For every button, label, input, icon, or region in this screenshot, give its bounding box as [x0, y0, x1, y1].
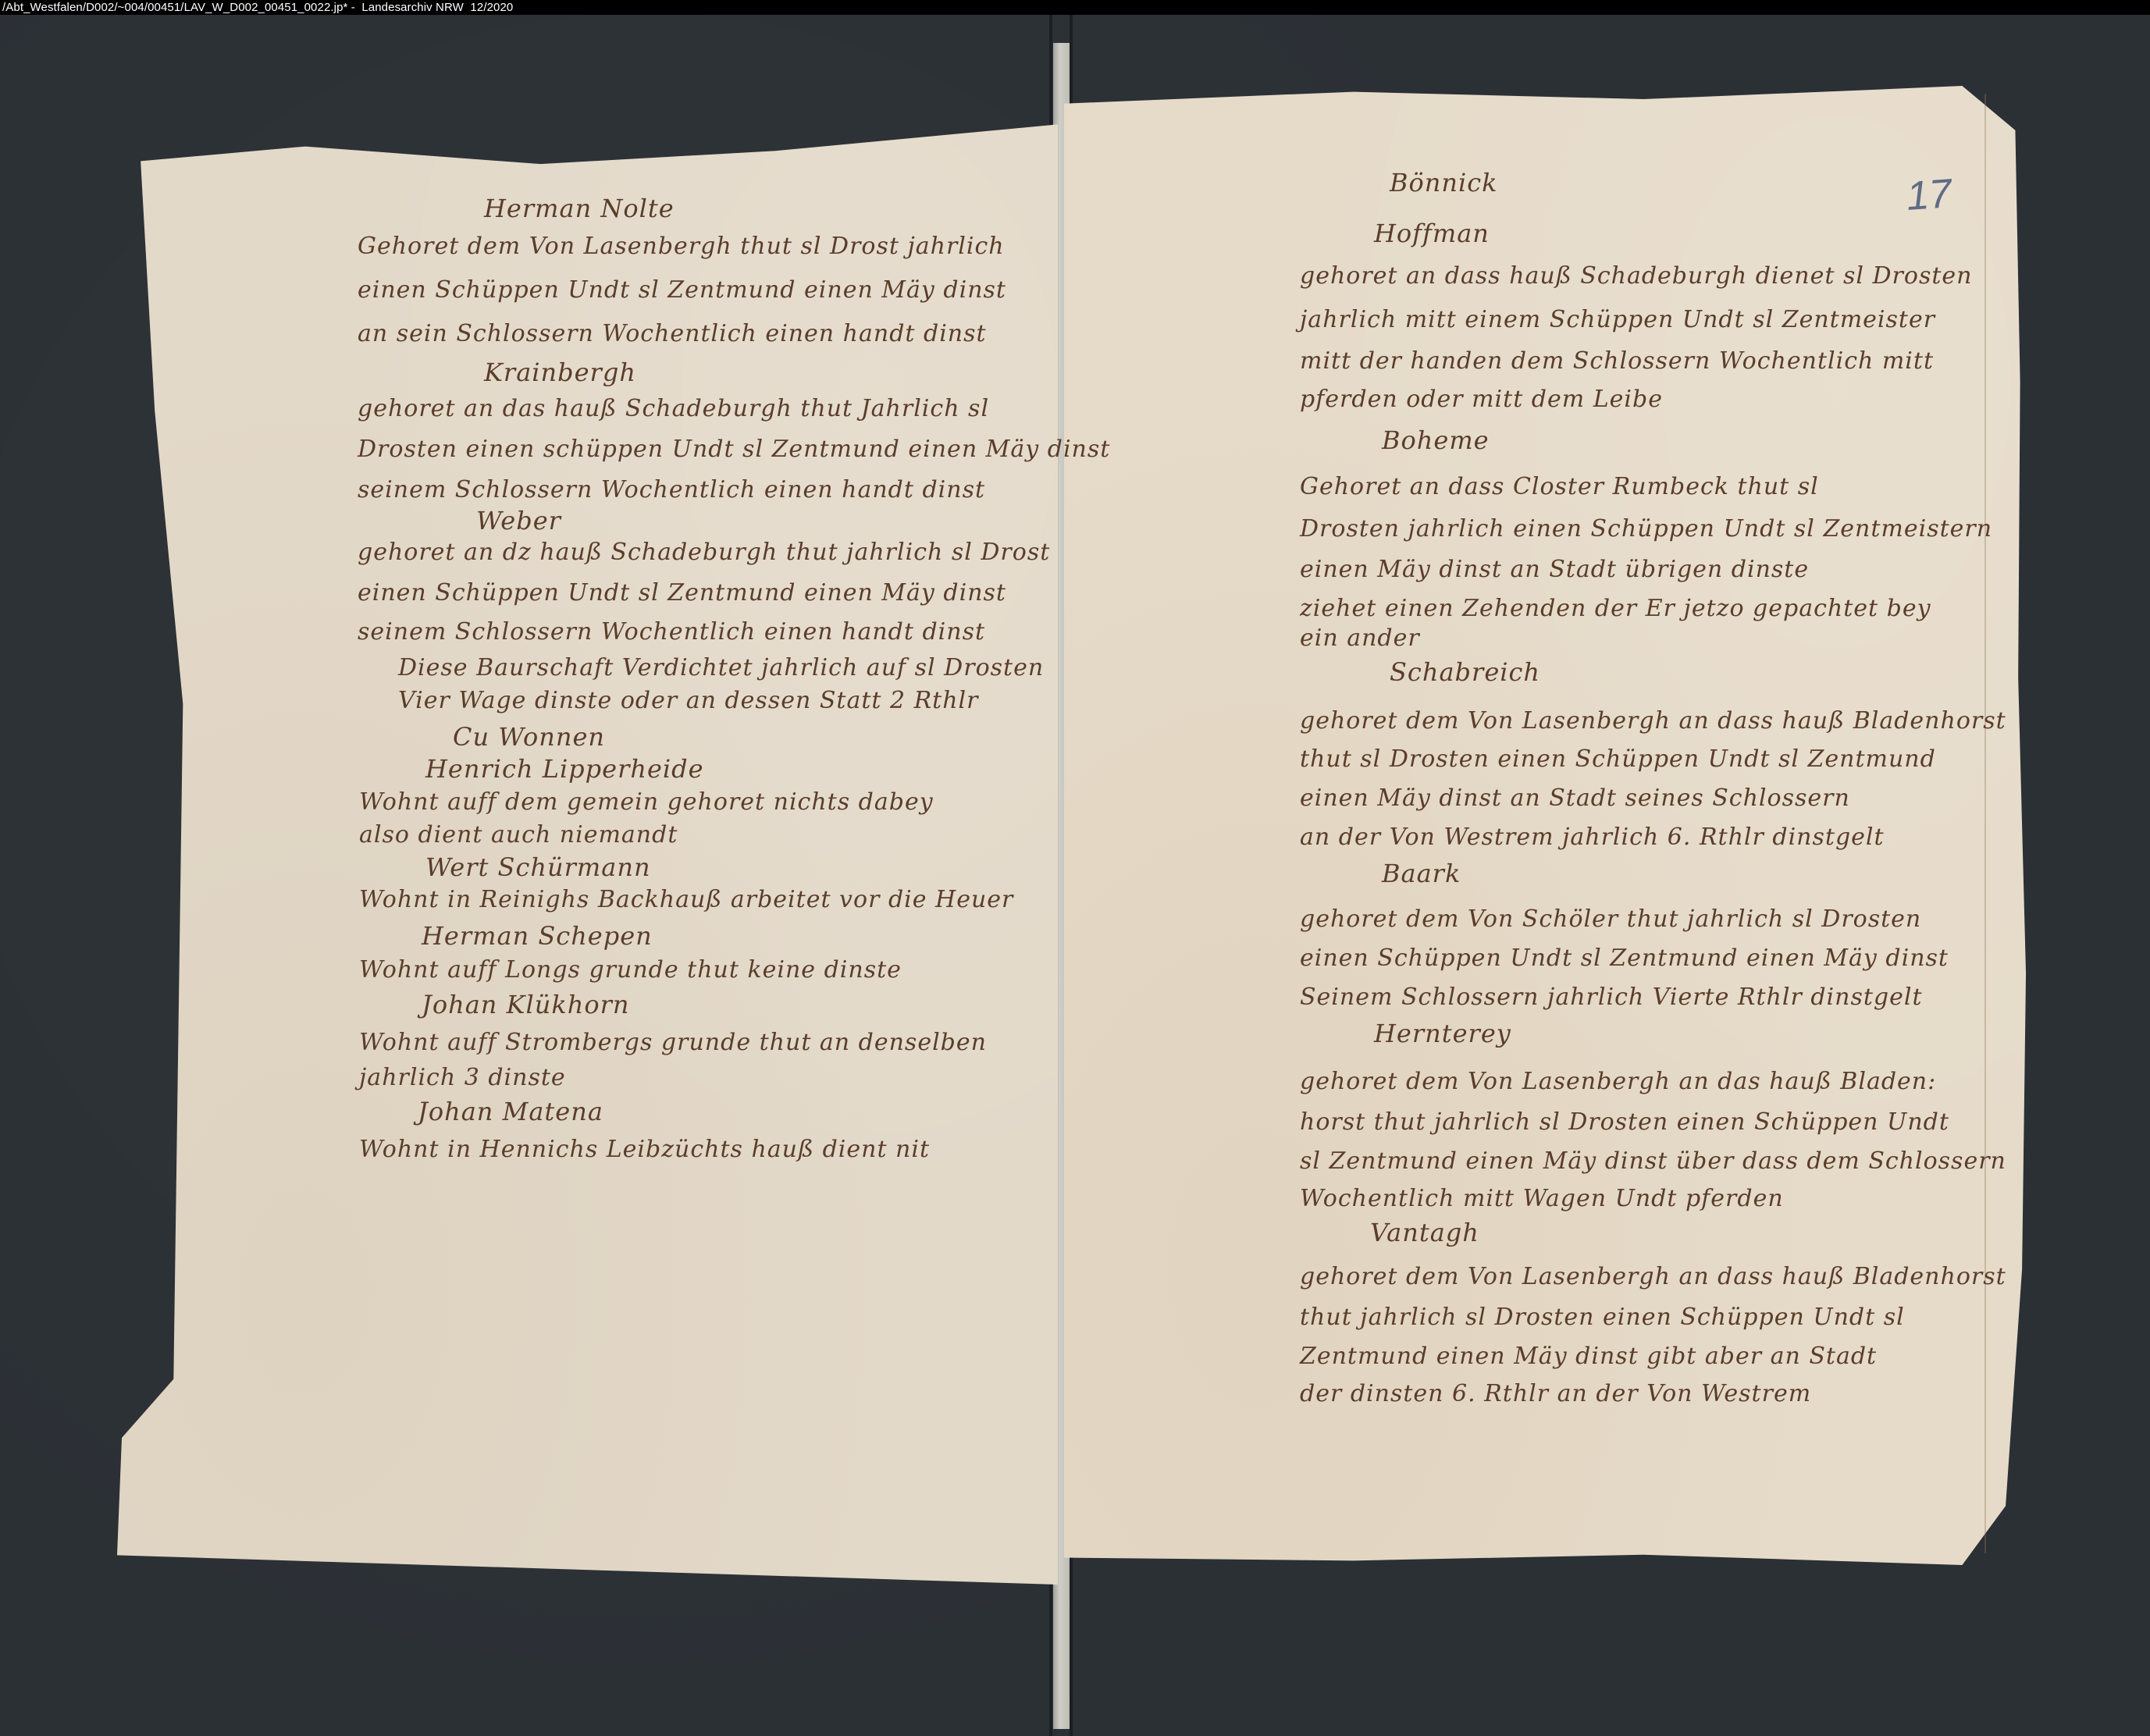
text-line: seinem Schlossern Wochentlich einen hand… [358, 476, 985, 503]
text-line: horst thut jahrlich sl Drosten einen Sch… [1300, 1108, 1949, 1136]
text-line: pferden oder mitt dem Leibe [1300, 386, 1663, 413]
text-line: Seinem Schlossern jahrlich Vierte Rthlr … [1300, 984, 1923, 1011]
text-line: gehoret dem Von Lasenbergh an dass hauß … [1300, 1263, 2006, 1290]
text-line: Zentmund einen Mäy dinst gibt aber an St… [1300, 1343, 1877, 1370]
entry-heading: Bönnick [1390, 168, 1498, 197]
text-line: gehoret an das hauß Schadeburgh thut Jah… [358, 395, 989, 422]
entry-heading: Herman Schepen [422, 921, 653, 951]
text-line: Wochentlich mitt Wagen Undt pferden [1300, 1185, 1784, 1212]
text-line: mitt der handen dem Schlossern Wochentli… [1300, 347, 1934, 375]
text-line: Diese Baurschaft Verdichtet jahrlich auf… [398, 654, 1044, 681]
text-line: thut jahrlich sl Drosten einen Schüppen … [1300, 1304, 1905, 1331]
text-line: gehoret dem Von Lasenbergh an dass hauß … [1300, 707, 2006, 735]
text-line: Wohnt in Reinighs Backhauß arbeitet vor … [359, 886, 1013, 913]
text-line: gehoret dem Von Schöler thut jahrlich sl… [1300, 905, 1921, 933]
entry-heading: Hernterey [1374, 1019, 1511, 1048]
text-line: gehoret dem Von Lasenbergh an das hauß B… [1300, 1068, 1936, 1095]
entry-heading: Herman Nolte [484, 194, 675, 223]
entry-heading: Johan Klükhorn [422, 990, 629, 1019]
entry-heading: Wert Schürmann [425, 852, 651, 882]
text-line: Wohnt in Hennichs Leibzüchts hauß dient … [359, 1136, 930, 1163]
entry-heading: Schabreich [1390, 657, 1540, 687]
text-line: einen Schüppen Undt sl Zentmund einen Mä… [358, 276, 1006, 304]
text-line: gehoret an dz hauß Schadeburgh thut jahr… [358, 539, 1050, 566]
text-line: gehoret an dass hauß Schadeburgh dienet … [1300, 262, 1972, 290]
text-line: Wohnt auff Strombergs grunde thut an den… [359, 1029, 987, 1056]
entry-heading: Cu Wonnen [453, 722, 605, 752]
text-line: Vier Wage dinste oder an dessen Statt 2 … [398, 687, 979, 714]
text-line: Gehoret an dass Closter Rumbeck thut sl [1300, 473, 1819, 500]
text-line: sl Zentmund einen Mäy dinst über dass de… [1300, 1147, 2006, 1175]
text-line: Drosten jahrlich einen Schüppen Undt sl … [1300, 515, 1992, 542]
text-line: jahrlich mitt einem Schüppen Undt sl Zen… [1300, 306, 1935, 333]
text-line: einen Schüppen Undt sl Zentmund einen Mä… [1300, 944, 1949, 972]
text-line: Wohnt auff dem gemein gehoret nichts dab… [359, 788, 934, 816]
text-line: seinem Schlossern Wochentlich einen hand… [358, 618, 985, 646]
text-line: einen Mäy dinst an Stadt übrigen dinste [1300, 556, 1809, 583]
window-title: /Abt_Westfalen/D002/~004/00451/LAV_W_D00… [0, 0, 2150, 15]
text-line: Gehoret dem Von Lasenbergh thut sl Drost… [358, 233, 1005, 260]
entry-heading: Boheme [1382, 425, 1490, 455]
text-line: Wohnt auff Longs grunde thut keine dinst… [359, 956, 902, 984]
folio-number: 17 [1905, 170, 1953, 220]
text-line: der dinsten 6. Rthlr an der Von Westrem [1300, 1380, 1811, 1407]
text-line: an der Von Westrem jahrlich 6. Rthlr din… [1300, 824, 1885, 851]
text-line: einen Schüppen Undt sl Zentmund einen Mä… [358, 579, 1006, 607]
entry-heading: Hoffman [1374, 219, 1490, 248]
text-line: ziehet einen Zehenden der Er jetzo gepac… [1300, 595, 1931, 622]
entry-heading: Baark [1382, 859, 1461, 888]
text-line: also dient auch niemandt [359, 821, 678, 848]
text-line: Drosten einen schüppen Undt sl Zentmund … [358, 436, 1110, 463]
entry-heading: Krainbergh [484, 358, 636, 387]
text-line: jahrlich 3 dinste [359, 1064, 566, 1091]
entry-heading: Vantagh [1370, 1218, 1479, 1247]
entry-heading: Johan Matena [418, 1097, 603, 1126]
text-line: thut sl Drosten einen Schüppen Undt sl Z… [1300, 745, 1936, 773]
text-line: ein ander [1300, 624, 1420, 652]
entry-heading: Henrich Lipperheide [425, 754, 704, 784]
entry-heading: Weber [476, 506, 561, 535]
text-line: an sein Schlossern Wochentlich einen han… [358, 320, 987, 347]
text-line: einen Mäy dinst an Stadt seines Schlosse… [1300, 784, 1850, 812]
